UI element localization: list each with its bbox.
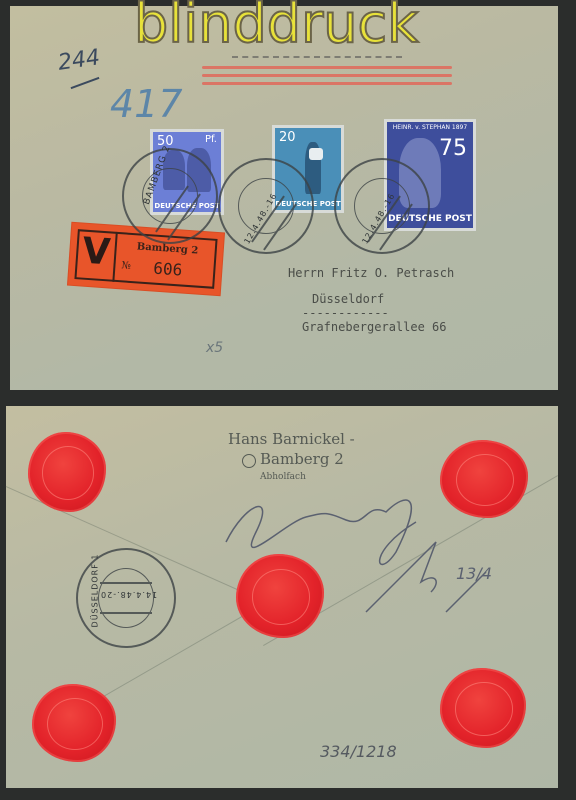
signature-date-note: 13/4 (456, 564, 492, 583)
address-separator: ------------ (302, 306, 389, 320)
sender-note: Abholfach (260, 472, 306, 482)
pencil-mark: x5 (206, 340, 223, 356)
blue-crayon-number: 417 (110, 82, 183, 126)
wax-seal-top-left (28, 432, 106, 512)
label-no-prefix: № (121, 260, 131, 272)
inventory-number: 334/1218 (320, 742, 397, 761)
pencil-note: 244 (56, 45, 101, 76)
wax-seal-center (236, 554, 324, 638)
stamp-header: HEINR. v. STEPHAN 1897 (387, 124, 473, 131)
address-line-1: Herrn Fritz O. Petrasch (288, 266, 454, 280)
address-line-3: Grafnebergerallee 66 (302, 320, 447, 334)
dashed-line (232, 56, 402, 58)
watermark-text: blinddruck (134, 0, 418, 54)
label-number: 606 (153, 259, 183, 280)
stamp-unit: Pf. (205, 134, 217, 145)
red-crayon-strike (202, 66, 452, 96)
wax-seal-top-right (440, 440, 528, 518)
post-horn-icon (242, 454, 256, 468)
stamp-value: 20 (279, 130, 296, 145)
pencil-underline (71, 77, 100, 89)
wax-seal-bottom-left (32, 684, 116, 762)
arrival-town: DÜSSELDORF 1 (90, 554, 99, 628)
sower-shirt (309, 148, 323, 160)
arrival-date: 14.4.48.-20 (100, 590, 157, 599)
wax-seal-bottom-right (440, 668, 526, 748)
stamp-value: 75 (439, 136, 467, 161)
sender-city: Bamberg 2 (260, 450, 344, 468)
value-letter: V (81, 231, 112, 274)
cancellation-postmark (122, 148, 218, 244)
sender-name: Hans Barnickel - (228, 430, 355, 448)
address-line-2: Düsseldorf (312, 292, 384, 306)
